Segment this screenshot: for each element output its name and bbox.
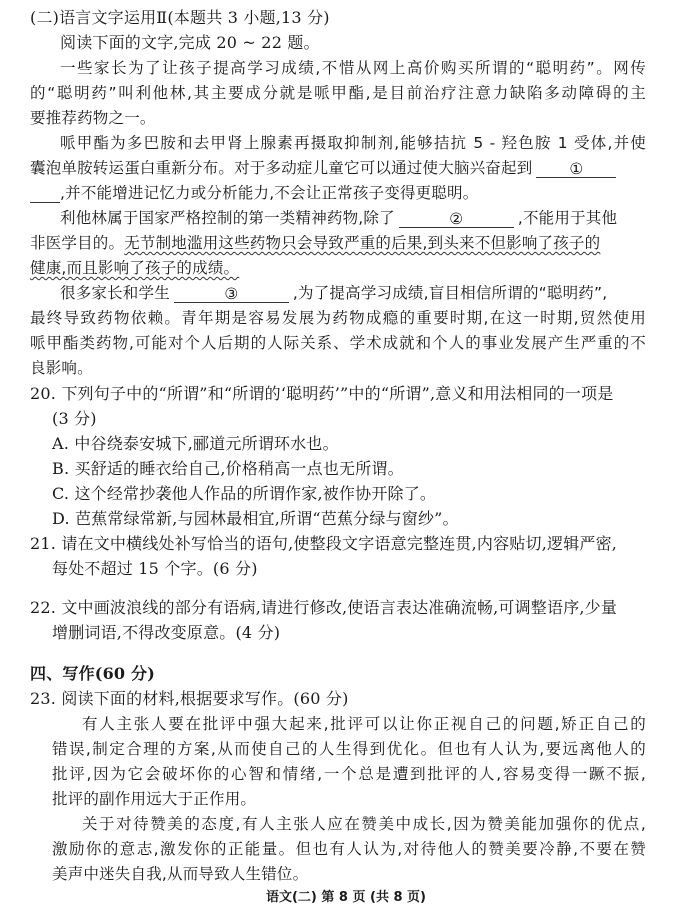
passage-line: 哌甲酯为多巴胺和去甲肾上腺素再摄取抑制剂,能够拮抗 5 - 羟色胺 1 受体,并… xyxy=(60,133,646,153)
material-line: 有人主张人要在批评中强大起来,批评可以让你正视自己的问题,矫正自己的 xyxy=(82,714,646,734)
passage-text: ,不能用于其他 xyxy=(518,209,617,227)
material-line: 批评,因为它会破坏你的心智和情绪,一个总是遭到批评的人,容易变得一蹶不振, xyxy=(52,764,646,784)
material-line: 批评的副作用远大于正作用。 xyxy=(52,789,646,809)
blank-1-continued xyxy=(30,184,60,203)
passage-line: 的“聪明药”叫利他林,其主要成分就是哌甲酯,是目前治疗注意力缺陷多动障碍的主 xyxy=(30,83,646,103)
passage-line: ,并不能增进记忆力或分析能力,不会让正常孩子变得更聪明。 xyxy=(30,183,646,203)
passage-line: 要推荐药物之一。 xyxy=(30,108,646,128)
passage-line: 最终导致药物依赖。青年期是容易发展为药物成瘾的重要时期,在这一时期,贸然使用 xyxy=(30,308,646,328)
question-22-stem: 增删词语,不得改变原意。(4 分) xyxy=(52,623,646,643)
passage-text: 很多家长和学生 xyxy=(60,284,170,302)
material-line: 激励你的意志,激发你的正能量。但也有人认为,对待他人的赞美要冷静,不要在赞 xyxy=(52,839,646,859)
passage-line: 很多家长和学生③,为了提高学习成绩,盲目相信所谓的“聪明药”, xyxy=(60,283,646,303)
section-heading: 四、写作(60 分) xyxy=(30,664,646,684)
passage-text: 非医学目的。 xyxy=(30,234,124,252)
blank-3: ③ xyxy=(174,284,289,303)
wavy-underlined-text: 无节制地滥用这些药物只会导致严重的后果,到头来不但影响了孩子的 xyxy=(124,234,600,252)
section-heading: (二)语言文字运用Ⅱ(本题共 3 小题,13 分) xyxy=(30,8,646,28)
material-line: 错误,制定合理的方案,从而使自己的人生得到优化。但也有人认为,要远离他人的 xyxy=(52,739,646,759)
passage-line: 利他林属于国家严格控制的第一类精神药物,除了②,不能用于其他 xyxy=(60,208,646,228)
passage-line: 良影响。 xyxy=(30,358,646,378)
blank-2: ② xyxy=(399,209,514,228)
page-footer: 语文(二) 第 8 页 (共 8 页) xyxy=(0,886,692,905)
question-21-stem: 每处不超过 15 个字。(6 分) xyxy=(52,559,646,579)
blank-number: ② xyxy=(449,210,463,228)
option-a: A. 中谷绕泰安城下,郦道元所谓环水也。 xyxy=(52,434,646,454)
exam-page: (二)语言文字运用Ⅱ(本题共 3 小题,13 分) 阅读下面的文字,完成 20 … xyxy=(0,0,692,920)
blank-1: ① xyxy=(536,159,616,178)
option-b: B. 买舒适的睡衣给自己,价格稍高一点也无所谓。 xyxy=(52,459,646,479)
question-21-stem: 21. 请在文中横线处补写恰当的语句,使整段文字语意完整连贯,内容贴切,逻辑严密… xyxy=(30,534,646,554)
passage-line: 健康,而且影响了孩子的成绩。 xyxy=(30,258,646,278)
passage-line: 哌甲酯类药物,可能对个人后期的人际关系、学术成就和个人的事业发展产生严重的不 xyxy=(30,333,646,353)
passage-text: ,为了提高学习成绩,盲目相信所谓的“聪明药”, xyxy=(293,284,607,302)
passage-line: 非医学目的。无节制地滥用这些药物只会导致严重的后果,到头来不但影响了孩子的 xyxy=(30,233,646,253)
option-d: D. 芭蕉常绿常新,与园林最相宜,所谓“芭蕉分绿与窗纱”。 xyxy=(52,509,646,529)
wavy-underlined-text: 健康,而且影响了孩子的成绩。 xyxy=(30,259,239,277)
passage-text: 囊泡单胺转运蛋白重新分布。对于多动症儿童它可以通过使大脑兴奋起到 xyxy=(30,159,532,177)
option-c: C. 这个经常抄袭他人作品的所谓作家,被作协开除了。 xyxy=(52,484,646,504)
passage-text: ,并不能增进记忆力或分析能力,不会让正常孩子变得更聪明。 xyxy=(60,184,478,202)
blank-number: ① xyxy=(569,160,583,178)
question-23-stem: 23. 阅读下面的材料,根据要求写作。(60 分) xyxy=(30,689,646,709)
passage-line: 一些家长为了让孩子提高学习成绩,不惜从网上高价购买所谓的“聪明药”。网传 xyxy=(60,58,646,78)
question-20-score: (3 分) xyxy=(52,409,646,429)
material-line: 关于对待赞美的态度,有人主张人应在赞美中成长,因为赞美能加强你的优点, xyxy=(82,814,646,834)
question-20-stem: 20. 下列句子中的“所谓”和“所谓的‘聪明药’”中的“所谓”,意义和用法相同的… xyxy=(30,384,646,404)
reading-instruction: 阅读下面的文字,完成 20 ~ 22 题。 xyxy=(60,33,646,53)
passage-line: 囊泡单胺转运蛋白重新分布。对于多动症儿童它可以通过使大脑兴奋起到① xyxy=(30,158,646,178)
question-22-stem: 22. 文中画波浪线的部分有语病,请进行修改,使语言表达准确流畅,可调整语序,少… xyxy=(30,598,646,618)
passage-text: 利他林属于国家严格控制的第一类精神药物,除了 xyxy=(60,209,395,227)
blank-number: ③ xyxy=(224,285,238,303)
material-line: 美声中迷失自我,从而导致人生错位。 xyxy=(52,864,646,884)
